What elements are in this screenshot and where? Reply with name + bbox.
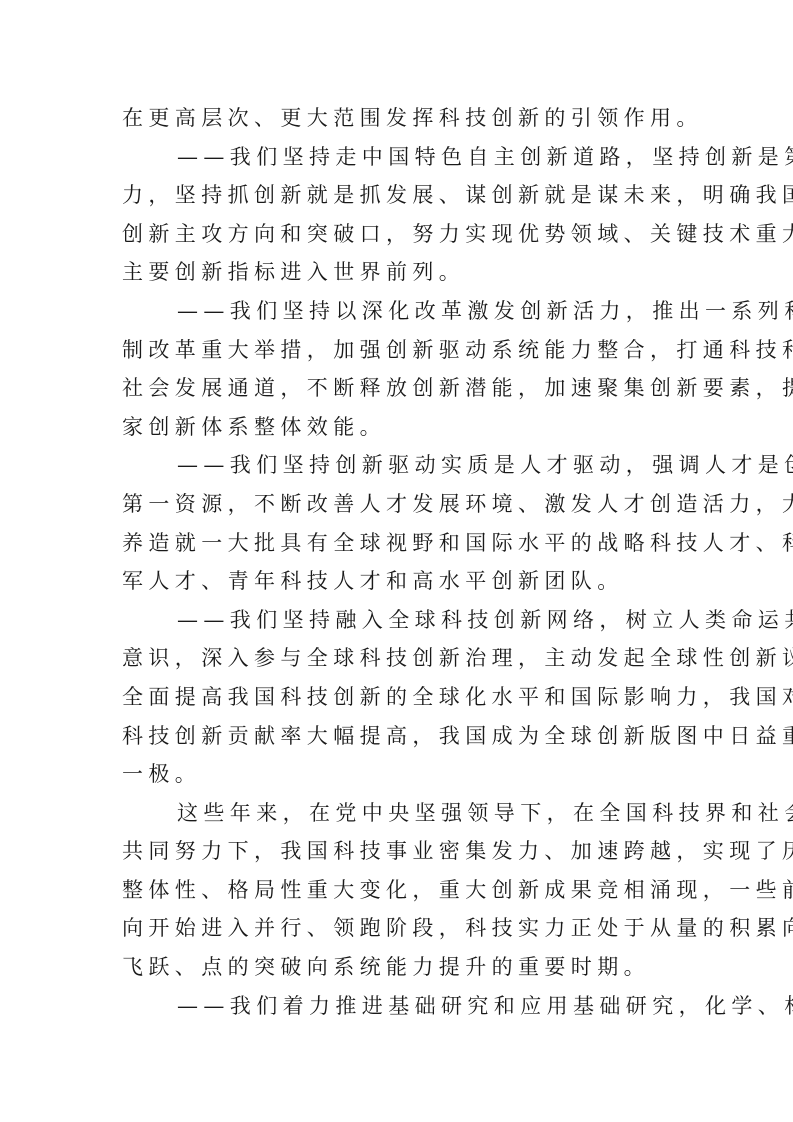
text-line: 主要创新指标进入世界前列。 <box>122 253 674 292</box>
paragraph-continuation: 在更高层次、更大范围发挥科技创新的引领作用。 <box>122 99 674 138</box>
paragraph-achievements: 这些年来，在党中央坚强领导下，在全国科技界和社会各界 共同努力下，我国科技事业密… <box>122 794 674 987</box>
text-line: 向开始进入并行、领跑阶段，科技实力正处于从量的积累向质的 <box>122 909 674 948</box>
text-line: ——我们坚持创新驱动实质是人才驱动，强调人才是创新的 <box>122 446 674 485</box>
paragraph-reform: ——我们坚持以深化改革激发创新活力，推出一系列科技体 制改革重大举措，加强创新驱… <box>122 292 674 446</box>
text-line: 意识，深入参与全球科技创新治理，主动发起全球性创新议题， <box>122 639 674 678</box>
paragraph-talent: ——我们坚持创新驱动实质是人才驱动，强调人才是创新的 第一资源，不断改善人才发展… <box>122 446 674 600</box>
text-line: 家创新体系整体效能。 <box>122 408 674 447</box>
text-line: 制改革重大举措，加强创新驱动系统能力整合，打通科技和经济 <box>122 331 674 370</box>
text-line: 一极。 <box>122 755 674 794</box>
text-line: 科技创新贡献率大幅提高，我国成为全球创新版图中日益重要的 <box>122 717 674 756</box>
text-line: 共同努力下，我国科技事业密集发力、加速跨越，实现了历史性、 <box>122 832 674 871</box>
text-line: 全面提高我国科技创新的全球化水平和国际影响力，我国对世界 <box>122 678 674 717</box>
text-line: 这些年来，在党中央坚强领导下，在全国科技界和社会各界 <box>122 794 674 833</box>
text-line: ——我们坚持融入全球科技创新网络，树立人类命运共同体 <box>122 601 674 640</box>
text-line: 整体性、格局性重大变化，重大创新成果竞相涌现，一些前沿方 <box>122 871 674 910</box>
text-line: 军人才、青年科技人才和高水平创新团队。 <box>122 562 674 601</box>
text-line: 在更高层次、更大范围发挥科技创新的引领作用。 <box>122 99 674 138</box>
paragraph-independent-innovation: ——我们坚持走中国特色自主创新道路，坚持创新是第一动 力，坚持抓创新就是抓发展、… <box>122 138 674 292</box>
text-line: 力，坚持抓创新就是抓发展、谋创新就是谋未来，明确我国科技 <box>122 176 674 215</box>
text-line: 社会发展通道，不断释放创新潜能，加速聚集创新要素，提升国 <box>122 369 674 408</box>
paragraph-basic-research: ——我们着力推进基础研究和应用基础研究，化学、材料、 <box>122 987 674 1026</box>
text-line: 第一资源，不断改善人才发展环境、激发人才创造活力，大力培 <box>122 485 674 524</box>
text-line: 飞跃、点的突破向系统能力提升的重要时期。 <box>122 948 674 987</box>
text-line: ——我们着力推进基础研究和应用基础研究，化学、材料、 <box>122 987 674 1026</box>
text-line: 养造就一大批具有全球视野和国际水平的战略科技人才、科技领 <box>122 524 674 563</box>
paragraph-global-network: ——我们坚持融入全球科技创新网络，树立人类命运共同体 意识，深入参与全球科技创新… <box>122 601 674 794</box>
text-line: ——我们坚持走中国特色自主创新道路，坚持创新是第一动 <box>122 138 674 177</box>
document-page: 在更高层次、更大范围发挥科技创新的引领作用。 ——我们坚持走中国特色自主创新道路… <box>122 99 674 1025</box>
text-line: ——我们坚持以深化改革激发创新活力，推出一系列科技体 <box>122 292 674 331</box>
text-line: 创新主攻方向和突破口，努力实现优势领域、关键技术重大突破， <box>122 215 674 254</box>
